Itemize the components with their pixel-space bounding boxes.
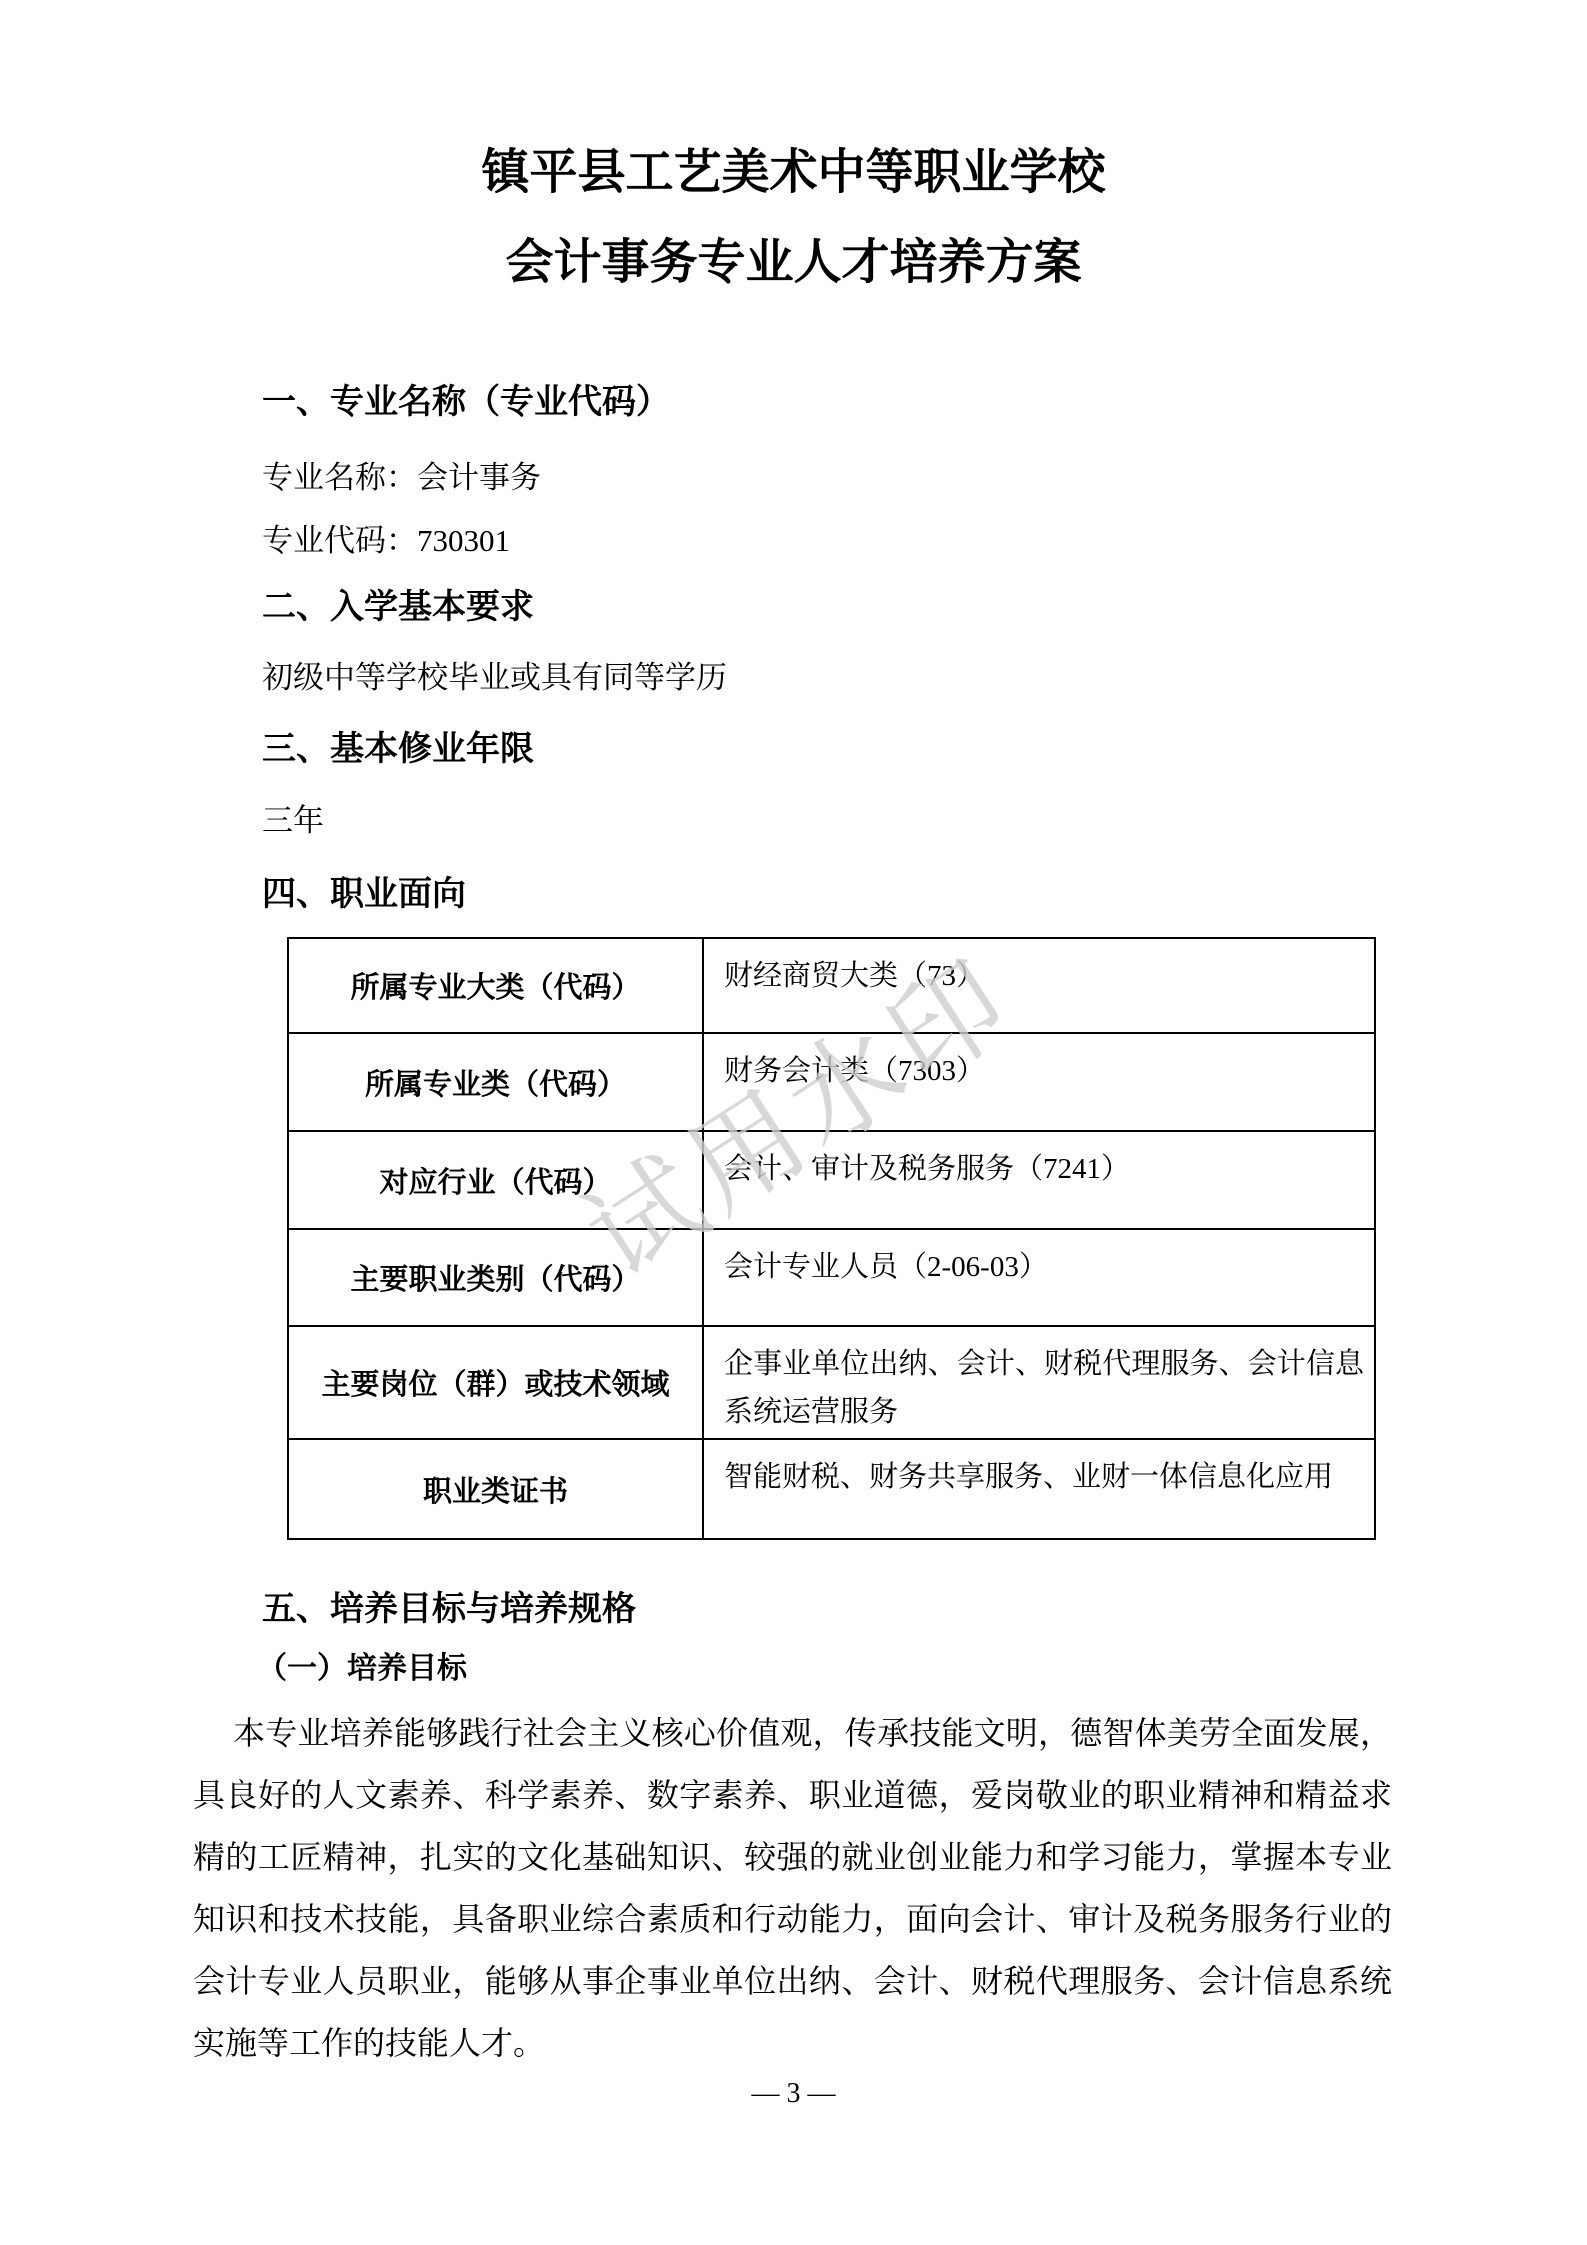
training-goal-paragraph: 本专业培养能够践行社会主义核心价值观，传承技能文明，德智体美劳全面发展，具良好的… bbox=[193, 1702, 1392, 2074]
row-value: 财务会计类（7303） bbox=[703, 1033, 1375, 1131]
document-title-line1: 镇平县工艺美术中等职业学校 bbox=[0, 128, 1587, 218]
row-label: 所属专业大类（代码） bbox=[288, 938, 703, 1033]
table-row: 主要职业类别（代码） 会计专业人员（2-06-03） bbox=[288, 1229, 1375, 1326]
study-years-line: 三年 bbox=[262, 803, 324, 839]
major-name-line: 专业名称：会计事务 bbox=[262, 460, 541, 496]
row-value: 会计、审计及税务服务（7241） bbox=[703, 1131, 1375, 1229]
row-label: 主要岗位（群）或技术领域 bbox=[288, 1326, 703, 1439]
page-number: — 3 — bbox=[0, 2078, 1587, 2110]
section5-heading: 五、培养目标与培养规格 bbox=[262, 1590, 636, 1628]
row-value: 智能财税、财务共享服务、业财一体信息化应用 bbox=[703, 1439, 1375, 1539]
document-title: 镇平县工艺美术中等职业学校 会计事务专业人才培养方案 bbox=[0, 128, 1587, 308]
entry-requirement-line: 初级中等学校毕业或具有同等学历 bbox=[262, 660, 727, 696]
section4-heading: 四、职业面向 bbox=[262, 875, 466, 913]
row-label: 主要职业类别（代码） bbox=[288, 1229, 703, 1326]
section3-heading: 三、基本修业年限 bbox=[262, 730, 534, 768]
row-value: 会计专业人员（2-06-03） bbox=[703, 1229, 1375, 1326]
row-value: 企事业单位出纳、会计、财税代理服务、会计信息系统运营服务 bbox=[703, 1326, 1375, 1439]
section1-heading: 一、专业名称（专业代码） bbox=[262, 383, 670, 421]
document-page: 试用水印 镇平县工艺美术中等职业学校 会计事务专业人才培养方案 一、专业名称（专… bbox=[0, 0, 1587, 2245]
table-row: 所属专业类（代码） 财务会计类（7303） bbox=[288, 1033, 1375, 1131]
section2-heading: 二、入学基本要求 bbox=[262, 588, 534, 626]
table-row: 职业类证书 智能财税、财务共享服务、业财一体信息化应用 bbox=[288, 1439, 1375, 1539]
career-orientation-table: 所属专业大类（代码） 财经商贸大类（73） 所属专业类（代码） 财务会计类（73… bbox=[287, 937, 1376, 1540]
training-goal-subheading: （一）培养目标 bbox=[257, 1652, 467, 1686]
row-label: 职业类证书 bbox=[288, 1439, 703, 1539]
table-row: 对应行业（代码） 会计、审计及税务服务（7241） bbox=[288, 1131, 1375, 1229]
major-code-line: 专业代码：730301 bbox=[262, 523, 510, 559]
row-value: 财经商贸大类（73） bbox=[703, 938, 1375, 1033]
row-label: 对应行业（代码） bbox=[288, 1131, 703, 1229]
document-title-line2: 会计事务专业人才培养方案 bbox=[0, 218, 1587, 308]
table-row: 所属专业大类（代码） 财经商贸大类（73） bbox=[288, 938, 1375, 1033]
row-label: 所属专业类（代码） bbox=[288, 1033, 703, 1131]
table-row: 主要岗位（群）或技术领域 企事业单位出纳、会计、财税代理服务、会计信息系统运营服… bbox=[288, 1326, 1375, 1439]
